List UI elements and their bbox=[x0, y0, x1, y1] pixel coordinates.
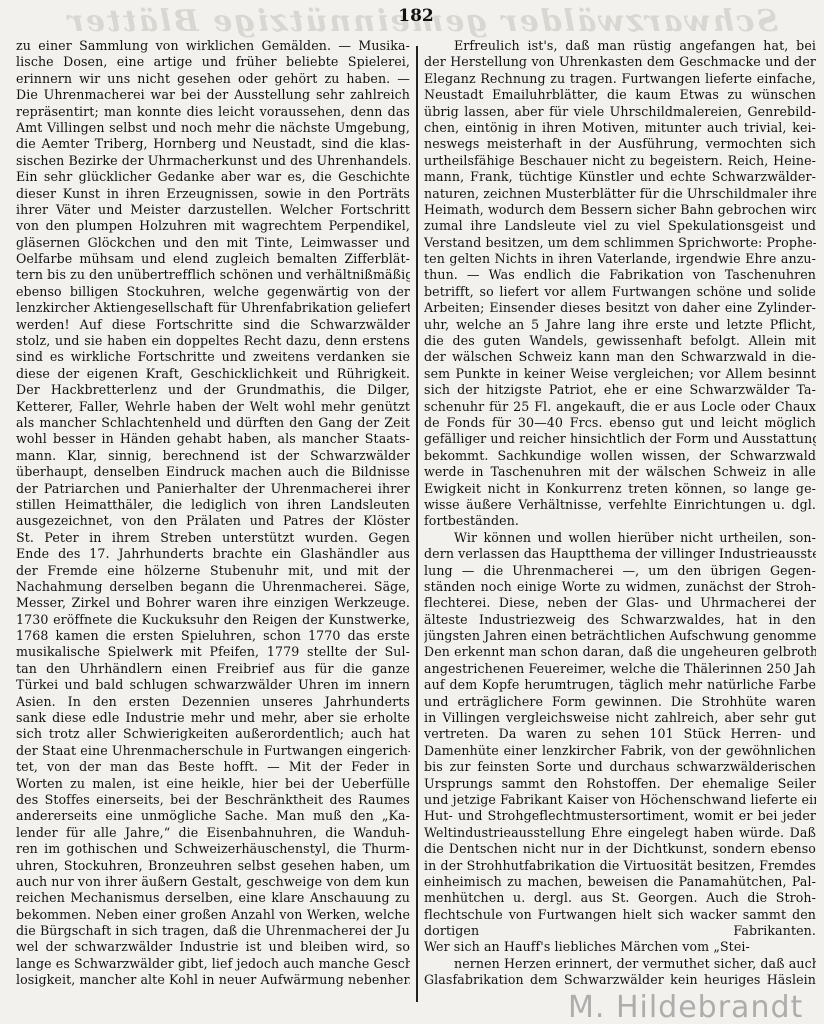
text-line: Damenhüte einer lenzkircher Fabrik, von … bbox=[424, 743, 816, 759]
text-line: Ursprungs sammt den Rohstoffen. Der ehem… bbox=[424, 776, 816, 792]
text-line: die Aemter Triberg, Hornberg und Neustad… bbox=[16, 136, 410, 152]
text-line: dieser Kunst in ihren Erzeugnissen, sowi… bbox=[16, 186, 410, 202]
text-line: Ende des 17. Jahrhunderts brachte ein Gl… bbox=[16, 546, 410, 562]
text-line: Glasfabrikation dem Schwarzwälder kein h… bbox=[424, 972, 816, 988]
text-line: diese der eigenen Kraft, Geschicklichkei… bbox=[16, 366, 410, 382]
text-line: naturen, zeichnen Musterblätter für die … bbox=[424, 186, 816, 202]
text-line: und erträglichere Form gewinnen. Die Str… bbox=[424, 694, 816, 710]
text-line: in der Strohhutfabrikation die Virtuosit… bbox=[424, 858, 816, 874]
text-line: ten gelten Nichts in ihren Vaterlande, i… bbox=[424, 251, 816, 267]
text-line: stillen Heimatthäler, die lediglich von … bbox=[16, 497, 410, 513]
text-line: und jetzige Fabrikant Kaiser von Höchens… bbox=[424, 792, 816, 808]
text-line: werden! Auf diese Fortschritte sind die … bbox=[16, 317, 410, 333]
text-line: die Bürgschaft in sich tragen, daß die U… bbox=[16, 923, 410, 939]
text-line: de Fonds für 30—40 Frcs. ebenso gut und … bbox=[424, 415, 816, 431]
text-line: sich trotz aller Schwierigkeiten außeror… bbox=[16, 726, 410, 742]
text-line: von den plumpen Holzuhren mit wagrechtem… bbox=[16, 218, 410, 234]
text-line: andererseits eine unmögliche Sache. Man … bbox=[16, 808, 410, 824]
text-line: Der Hackbretterlenz und der Grundmathis,… bbox=[16, 382, 410, 398]
text-line: tet, von der man das Beste hofft. — Mit … bbox=[16, 759, 410, 775]
text-line: betrifft, so liefert vor allem Furtwange… bbox=[424, 284, 816, 300]
text-line: uhren, Stockuhren, Bronzeuhren selbst ge… bbox=[16, 858, 410, 874]
page-number: 182 bbox=[396, 6, 436, 26]
text-line: mann, Frank, tüchtige Künstler und echte… bbox=[424, 169, 816, 185]
text-line: thun. — Was endlich die Fabrikation von … bbox=[424, 267, 816, 283]
text-line: jüngsten Jahren einen beträchtlichen Auf… bbox=[424, 628, 816, 644]
text-line: uhr, welche an 5 Jahre lang ihre erste u… bbox=[424, 317, 816, 333]
text-line: wohl besser in Händen gehabt haben, als … bbox=[16, 431, 410, 447]
text-line: Ketterer, Faller, Wehrle haben der Welt … bbox=[16, 399, 410, 415]
text-line: sich der hitzigste Patriot, ehe er eine … bbox=[424, 382, 816, 398]
text-line: Verstand besitzen, um dem schlimmen Spri… bbox=[424, 235, 816, 251]
text-line: Arbeiten; Einsender dieses besitzt von d… bbox=[424, 300, 816, 316]
text-line: gläsernen Glöckchen und den mit Tinte, L… bbox=[16, 235, 410, 251]
text-line: Den erkennt man schon daran, daß die ung… bbox=[424, 644, 816, 660]
text-line: des Stoffes einerseits, bei der Beschrän… bbox=[16, 792, 410, 808]
text-line: werde in Taschenuhren mit der wälschen S… bbox=[424, 464, 816, 480]
text-line: ren im gothischen und Schweizerhäuschens… bbox=[16, 841, 410, 857]
text-line: zu einer Sammlung von wirklichen Gemälde… bbox=[16, 38, 410, 54]
text-line: sischen Bezirke der Uhrmacherkunst und d… bbox=[16, 153, 410, 169]
text-line: St. Peter in ihrem Streben unterstützt w… bbox=[16, 530, 410, 546]
text-line: der Fremde eine hölzerne Stubenuhr mit, … bbox=[16, 563, 410, 579]
text-line: neswegs meisterhaft in der Ausführung, v… bbox=[424, 136, 816, 152]
text-line: Nachahmung derselben begann die Uhrenmac… bbox=[16, 579, 410, 595]
text-line: musikalische Spielwerk mit Pfeifen, 1779… bbox=[16, 644, 410, 660]
text-line: lange es Schwarzwälder gibt, lief jedoch… bbox=[16, 956, 410, 972]
text-line: dortigen Fabrikanten. bbox=[424, 923, 816, 939]
text-line: schenuhr für 25 Fl. angekauft, die er au… bbox=[424, 399, 816, 415]
text-line: Neustadt Emailuhrblätter, die kaum Etwas… bbox=[424, 87, 816, 103]
text-line: chen, eintönig in ihren Motiven, mitunte… bbox=[424, 120, 816, 136]
text-line: Weltindustrieausstellung Ehre eingelegt … bbox=[424, 825, 816, 841]
text-line: Amt Villingen selbst und noch mehr die n… bbox=[16, 120, 410, 136]
text-line: zumal ihre Landsleute viel zu viel Speku… bbox=[424, 218, 816, 234]
text-line: gefälliger und reicher hinsichtlich der … bbox=[424, 431, 816, 447]
text-line: Worten zu malen, ist eine heikle, hier b… bbox=[16, 776, 410, 792]
text-line: tan den Uhrhändlern einen Freibrief aus … bbox=[16, 661, 410, 677]
text-line: angestrichenen Feuereimer, welche die Th… bbox=[424, 661, 816, 677]
text-line: auch nur von ihrer äußern Gestalt, gesch… bbox=[16, 874, 410, 890]
text-line: sank diese edle Industrie mehr und mehr,… bbox=[16, 710, 410, 726]
text-line: repräsentirt; man konnte dies leicht vor… bbox=[16, 104, 410, 120]
text-line: sem Punkte in keiner Weise vergleichen; … bbox=[424, 366, 816, 382]
text-line: ihrer Väter und Meister darzustellen. We… bbox=[16, 202, 410, 218]
text-line: überhaupt, denselben Eindruck machen auc… bbox=[16, 464, 410, 480]
text-line: tern bis zu den unübertrefflich schönen … bbox=[16, 267, 410, 283]
text-line: bekommt. Sachkundige wollen wissen, der … bbox=[424, 448, 816, 464]
text-line: dern verlassen das Hauptthema der villin… bbox=[424, 546, 816, 562]
text-line: ebenso billigen Stockuhren, welche gegen… bbox=[16, 284, 410, 300]
text-line: als mancher Schlachtenheld und dürften d… bbox=[16, 415, 410, 431]
text-line: der wälschen Schweiz kann man den Schwar… bbox=[424, 349, 816, 365]
text-line: mann. Klar, sinnig, berechnend ist der S… bbox=[16, 448, 410, 464]
text-line: Ein sehr glücklicher Gedanke aber war es… bbox=[16, 169, 410, 185]
text-line: die des guten Wandels, gewissenhaft befo… bbox=[424, 333, 816, 349]
text-line: Oelfarbe mühsam und elend zugleich bemal… bbox=[16, 251, 410, 267]
text-line: lenzkircher Aktiengesellschaft für Uhren… bbox=[16, 300, 410, 316]
text-line: einheimisch zu machen, beweisen die Pana… bbox=[424, 874, 816, 890]
text-line: flechtschule von Furtwangen hielt sich w… bbox=[424, 907, 816, 923]
text-line: lische Dosen, eine artige und früher bel… bbox=[16, 54, 410, 70]
text-line: Die Uhrenmacherei war bei der Ausstellun… bbox=[16, 87, 410, 103]
text-line: 1730 eröffnete die Kuckuksuhr den Reigen… bbox=[16, 612, 410, 628]
text-line: ständen noch einige Worte zu widmen, zun… bbox=[424, 579, 816, 595]
text-line: flechterei. Diese, neben der Glas- und U… bbox=[424, 595, 816, 611]
text-line: Wir können und wollen hierüber nicht urt… bbox=[424, 530, 816, 546]
text-line: erinnern wir uns nicht gesehen oder gehö… bbox=[16, 71, 410, 87]
text-line: in Villingen vergleichsweise nicht zahlr… bbox=[424, 710, 816, 726]
text-line: ausgezeichnet, von den Prälaten und Patr… bbox=[16, 513, 410, 529]
text-line: Messer, Zirkel und Bohrer waren ihre ein… bbox=[16, 595, 410, 611]
text-line: wisse äußere Verhältnisse, verfehlte Ein… bbox=[424, 497, 816, 513]
text-line: bekommen. Neben einer großen Anzahl von … bbox=[16, 907, 410, 923]
text-line: auf dem Kopfe herumtrugen, täglich mehr … bbox=[424, 677, 816, 693]
text-line: Eleganz Rechnung zu tragen. Furtwangen l… bbox=[424, 71, 816, 87]
text-line: Türkei und bald schlugen schwarzwälder U… bbox=[16, 677, 410, 693]
text-line: 1768 kamen die ersten Spieluhren, schon … bbox=[16, 628, 410, 644]
text-line: der Herstellung von Uhrenkasten dem Gesc… bbox=[424, 54, 816, 70]
text-line: Heimath, wodurch dem Bessern sicher Bahn… bbox=[424, 202, 816, 218]
newspaper-page: Schwarzwälder gemeinnützige Blätter 182 … bbox=[0, 0, 824, 1024]
text-line: fortbeständen. bbox=[424, 513, 816, 529]
text-line: Wer sich an Hauff's liebliches Märchen v… bbox=[424, 939, 816, 955]
text-line: Erfreulich ist's, daß man rüstig angefan… bbox=[424, 38, 816, 54]
text-line: Hut- und Strohgeflechtmustersortiment, w… bbox=[424, 808, 816, 824]
text-line: bis zur feinsten Sorte und durchaus schw… bbox=[424, 759, 816, 775]
text-line: stolz, und sie haben ein doppeltes Recht… bbox=[16, 333, 410, 349]
watermark: M. Hildebrandt bbox=[568, 990, 803, 1024]
text-line: menhütchen u. dergl. aus St. Georgen. Au… bbox=[424, 890, 816, 906]
text-line: urtheilsfähige Beschauer nicht zu begeis… bbox=[424, 153, 816, 169]
text-line: Ewigkeit nicht in Konkurrenz treten könn… bbox=[424, 481, 816, 497]
text-line: älteste Industriezweig des Schwarzwaldes… bbox=[424, 612, 816, 628]
column-divider bbox=[416, 46, 418, 1002]
text-line: reichen Mechanismus derselben, eine klar… bbox=[16, 890, 410, 906]
text-line: wel der schwarzwälder Industrie ist und … bbox=[16, 939, 410, 955]
text-line: die Dentschen nicht nur in der Dichtkuns… bbox=[424, 841, 816, 857]
text-line: losigkeit, mancher alte Kohl in neuer Au… bbox=[16, 972, 410, 988]
text-line: übrig lassen, aber für viele Uhrschildma… bbox=[424, 104, 816, 120]
text-line: nernen Herzen erinnert, der vermuthet si… bbox=[424, 956, 816, 972]
text-line: vertreten. Da waren zu sehen 101 Stück H… bbox=[424, 726, 816, 742]
text-line: sind es wirkliche Fortschritte und zweit… bbox=[16, 349, 410, 365]
text-line: der Patriarchen und Panierhalter der Uhr… bbox=[16, 481, 410, 497]
text-line: lung — die Uhrenmacherei —, um den übrig… bbox=[424, 563, 816, 579]
text-line: der Staat eine Uhrenmacherschule in Furt… bbox=[16, 743, 410, 759]
text-line: lender für alle Jahre,“ die Eisenbahnuhr… bbox=[16, 825, 410, 841]
right-column: Erfreulich ist's, daß man rüstig angefan… bbox=[424, 38, 816, 989]
text-line: Asien. In den ersten Dezennien unseres J… bbox=[16, 694, 410, 710]
left-column: zu einer Sammlung von wirklichen Gemälde… bbox=[16, 38, 410, 989]
